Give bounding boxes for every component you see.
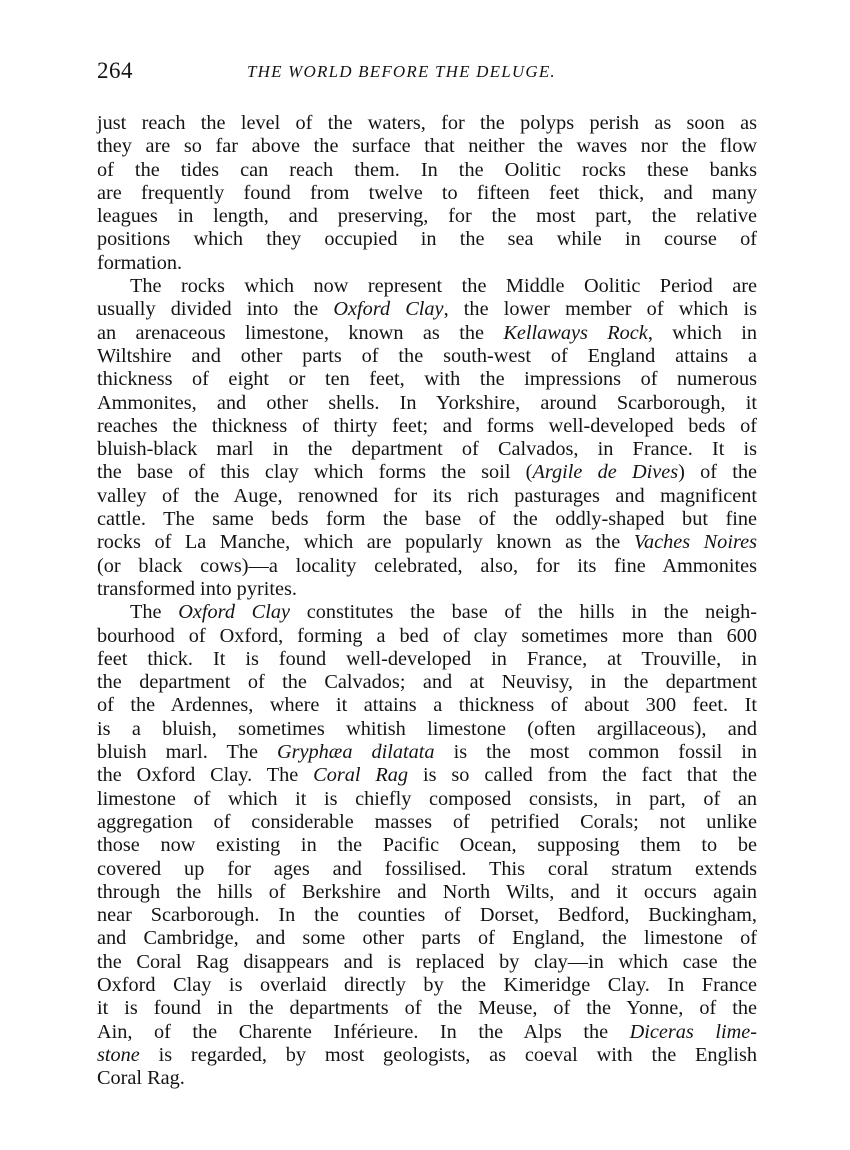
text-run: feet thick. It is found well-developed i… (97, 648, 757, 670)
text-line: valley of the Auge, renowned for its ric… (97, 485, 757, 508)
text-line: limestone of which it is chiefly compose… (97, 788, 757, 811)
text-run: is regarded, by most geologists, as coev… (140, 1044, 757, 1066)
text-run: and Cambridge, and some other parts of E… (97, 927, 757, 949)
text-line: feet thick. It is found well-developed i… (97, 648, 757, 671)
text-line: The rocks which now represent the Middle… (97, 275, 757, 298)
text-run: near Scarborough. In the counties of Dor… (97, 904, 757, 926)
text-run: The (130, 601, 178, 623)
text-run: the Coral Rag disappears and is replaced… (97, 951, 757, 973)
text-run: of the Ardennes, where it attains a thic… (97, 694, 757, 716)
italic-term: stone (97, 1044, 140, 1066)
page-header: 264 THE WORLD BEFORE THE DELUGE. (97, 58, 757, 88)
text-line: and Cambridge, and some other parts of E… (97, 927, 757, 950)
text-line: the Coral Rag disappears and is replaced… (97, 951, 757, 974)
text-line: bluish marl. The Gryphæa dilatata is the… (97, 741, 757, 764)
text-line: of the Ardennes, where it attains a thic… (97, 694, 757, 717)
text-run: those now existing in the Pacific Ocean,… (97, 834, 757, 856)
text-run: Ain, of the Charente Inférieure. In the … (97, 1021, 630, 1043)
text-run: is so called from the fact that the (408, 764, 757, 786)
body-text: just reach the level of the waters, for … (97, 112, 757, 1090)
text-run: , which in (648, 322, 757, 344)
text-line: bourhood of Oxford, forming a bed of cla… (97, 625, 757, 648)
text-line: Wiltshire and other parts of the south-w… (97, 345, 757, 368)
text-run: , the lower member of which is (444, 298, 757, 320)
text-line: (or black cows)—a locality celebrated, a… (97, 555, 757, 578)
text-line: aggregation of considerable masses of pe… (97, 811, 757, 834)
text-run: of the tides can reach them. In the Ooli… (97, 159, 757, 181)
text-line: formation. (97, 252, 757, 275)
italic-term: Diceras lime- (630, 1021, 757, 1043)
italic-term: Oxford Clay (333, 298, 443, 320)
text-run: just reach the level of the waters, for … (97, 112, 757, 134)
text-run: aggregation of considerable masses of pe… (97, 811, 757, 833)
text-line: thickness of eight or ten feet, with the… (97, 368, 757, 391)
text-run: the Oxford Clay. The (97, 764, 313, 786)
text-line: it is found in the departments of the Me… (97, 997, 757, 1020)
text-line: the Oxford Clay. The Coral Rag is so cal… (97, 764, 757, 787)
text-line: an arenaceous limestone, known as the Ke… (97, 322, 757, 345)
text-run: is the most common fossil in (435, 741, 757, 763)
text-line: the department of the Calvados; and at N… (97, 671, 757, 694)
text-run: the base of this clay which forms the so… (97, 461, 532, 483)
text-line: usually divided into the Oxford Clay, th… (97, 298, 757, 321)
italic-term: Vaches Noires (634, 531, 757, 553)
text-line: transformed into pyrites. (97, 578, 757, 601)
text-line: positions which they occupied in the sea… (97, 228, 757, 251)
text-line: Coral Rag. (97, 1067, 757, 1090)
text-run: reaches the thickness of thirty feet; an… (97, 415, 757, 437)
text-line: Ammonites, and other shells. In Yorkshir… (97, 392, 757, 415)
italic-term: Coral Rag (313, 764, 408, 786)
text-line: is a bluish, sometimes whitish limestone… (97, 718, 757, 741)
text-run: rocks of La Manche, which are popularly … (97, 531, 634, 553)
text-line: Ain, of the Charente Inférieure. In the … (97, 1021, 757, 1044)
text-line: of the tides can reach them. In the Ooli… (97, 159, 757, 182)
text-run: formation. (97, 252, 182, 274)
text-run: they are so far above the surface that n… (97, 135, 757, 157)
italic-term: Kellaways Rock (503, 322, 647, 344)
text-run: bluish-black marl in the department of C… (97, 438, 757, 460)
paragraph: just reach the level of the waters, for … (97, 112, 757, 275)
text-run: ) of the (678, 461, 757, 483)
text-line: reaches the thickness of thirty feet; an… (97, 415, 757, 438)
text-line: bluish-black marl in the department of C… (97, 438, 757, 461)
text-run: limestone of which it is chiefly compose… (97, 788, 757, 810)
paragraph: The rocks which now represent the Middle… (97, 275, 757, 601)
text-run: an arenaceous limestone, known as the (97, 322, 503, 344)
text-run: Ammonites, and other shells. In Yorkshir… (97, 392, 757, 414)
text-run: (or black cows)—a locality celebrated, a… (97, 555, 757, 577)
text-run: leagues in length, and preserving, for t… (97, 205, 757, 227)
text-run: Oxford Clay is overlaid directly by the … (97, 974, 757, 996)
text-run: The rocks which now represent the Middle… (130, 275, 757, 297)
text-run: bluish marl. The (97, 741, 277, 763)
text-line: leagues in length, and preserving, for t… (97, 205, 757, 228)
text-run: transformed into pyrites. (97, 578, 297, 600)
text-run: Wiltshire and other parts of the south-w… (97, 345, 757, 367)
text-run: it is found in the departments of the Me… (97, 997, 757, 1019)
text-run: through the hills of Berkshire and North… (97, 881, 757, 903)
italic-term: Argile de Dives (532, 461, 678, 483)
text-run: covered up for ages and fossilised. This… (97, 858, 757, 880)
running-title: THE WORLD BEFORE THE DELUGE. (247, 62, 556, 82)
text-line: they are so far above the surface that n… (97, 135, 757, 158)
text-line: covered up for ages and fossilised. This… (97, 858, 757, 881)
text-run: constitutes the base of the hills in the… (290, 601, 757, 623)
text-line: the base of this clay which forms the so… (97, 461, 757, 484)
page-number: 264 (97, 58, 133, 84)
italic-term: Oxford Clay (178, 601, 290, 623)
text-run: valley of the Auge, renowned for its ric… (97, 485, 757, 507)
paragraph: The Oxford Clay constitutes the base of … (97, 601, 757, 1090)
italic-term: Gryphæa dilatata (277, 741, 435, 763)
text-line: The Oxford Clay constitutes the base of … (97, 601, 757, 624)
text-line: rocks of La Manche, which are popularly … (97, 531, 757, 554)
text-run: cattle. The same beds form the base of t… (97, 508, 757, 530)
text-run: thickness of eight or ten feet, with the… (97, 368, 757, 390)
text-run: positions which they occupied in the sea… (97, 228, 757, 250)
text-run: is a bluish, sometimes whitish limestone… (97, 718, 757, 740)
text-run: usually divided into the (97, 298, 333, 320)
text-line: are frequently found from twelve to fift… (97, 182, 757, 205)
text-line: those now existing in the Pacific Ocean,… (97, 834, 757, 857)
text-run: Coral Rag. (97, 1067, 185, 1089)
text-run: bourhood of Oxford, forming a bed of cla… (97, 625, 757, 647)
text-run: are frequently found from twelve to fift… (97, 182, 757, 204)
text-line: cattle. The same beds form the base of t… (97, 508, 757, 531)
text-line: stone is regarded, by most geologists, a… (97, 1044, 757, 1067)
text-line: through the hills of Berkshire and North… (97, 881, 757, 904)
text-line: near Scarborough. In the counties of Dor… (97, 904, 757, 927)
text-run: the department of the Calvados; and at N… (97, 671, 757, 693)
text-line: Oxford Clay is overlaid directly by the … (97, 974, 757, 997)
text-line: just reach the level of the waters, for … (97, 112, 757, 135)
